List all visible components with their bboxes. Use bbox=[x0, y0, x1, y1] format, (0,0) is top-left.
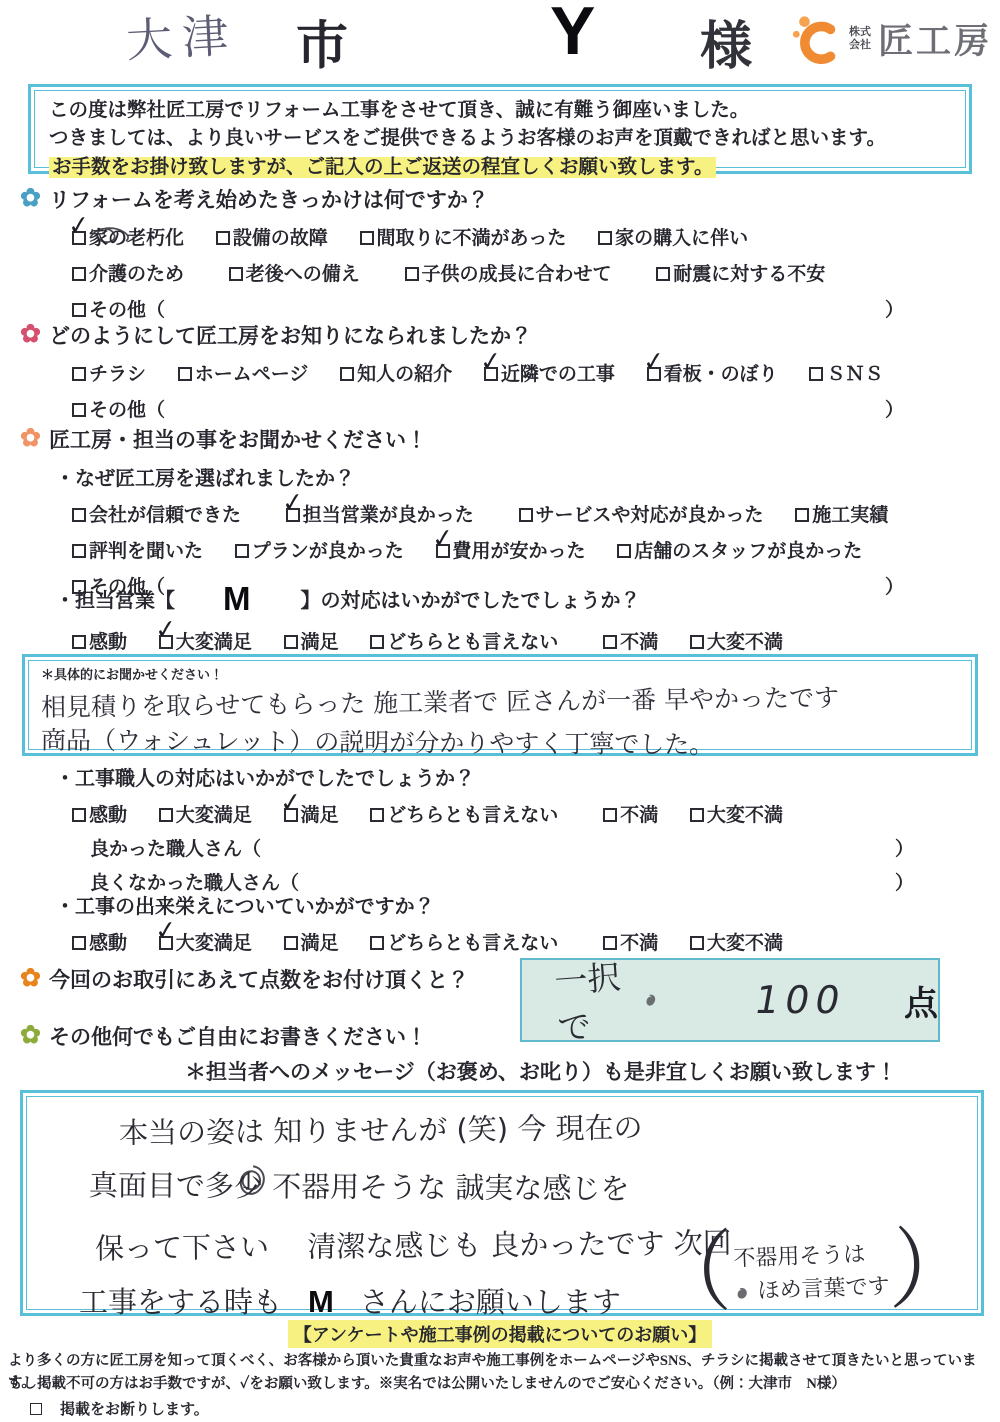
message-aside-note: （ 不器用そうは ほめ言葉です ） bbox=[652, 1233, 971, 1313]
question-title: ✿ リフォームを考え始めたきっかけは何ですか？ bbox=[0, 184, 1000, 214]
flower-icon: ✿ bbox=[20, 426, 41, 451]
checkbox[interactable] bbox=[360, 231, 374, 245]
survey-option[interactable]: ✓近隣での工事 bbox=[484, 359, 615, 386]
survey-option[interactable]: ✓家の購入に伴い bbox=[598, 223, 748, 250]
options-row: ✓感動 ✓大変満足 ✓満足 ✓どちらとも言えない ✓不満 ✓大変不満 bbox=[0, 627, 1000, 654]
checkbox[interactable] bbox=[30, 1403, 42, 1415]
survey-option[interactable]: ✓大変満足 bbox=[159, 627, 252, 654]
checkbox[interactable] bbox=[284, 808, 298, 822]
option-label: 担当営業が良かった bbox=[303, 505, 474, 526]
checkbox[interactable] bbox=[656, 267, 670, 281]
paren-close: ） bbox=[895, 834, 914, 861]
option-label: ホームページ bbox=[195, 364, 309, 385]
options-row: ✓評判を聞いた ✓プランが良かった ✓費用が安かった ✓店舗のスタッフが良かった bbox=[0, 536, 1000, 563]
option-label: 老後への備え bbox=[246, 264, 360, 285]
logo-prefix: 株式 会社 bbox=[849, 26, 871, 51]
option-label: 大変不満 bbox=[707, 933, 783, 954]
score-unit: 点 bbox=[904, 976, 938, 1025]
footer-line: もし掲載不可の方はお手数ですが、✓をお願い致します。※実名では公開いたしませんの… bbox=[0, 1373, 1000, 1395]
sub-question-title: ・担当営業【M】の対応はいかがでしたでしょうか？ bbox=[0, 580, 1000, 618]
option-label: 子供の成長に合わせて bbox=[422, 264, 612, 285]
checkbox[interactable] bbox=[690, 635, 704, 649]
option-label: 大変不満 bbox=[707, 632, 783, 653]
checkbox[interactable] bbox=[690, 936, 704, 950]
survey-option[interactable]: ✓大変満足 bbox=[159, 800, 252, 827]
survey-option[interactable]: ✓ 掲載をお断りします。 bbox=[30, 1398, 209, 1419]
checkbox[interactable] bbox=[617, 544, 631, 558]
survey-option[interactable]: ✓不満 bbox=[603, 800, 658, 827]
option-label: ＳＮＳ bbox=[826, 364, 883, 385]
option-label: 大変満足 bbox=[176, 632, 252, 653]
survey-option[interactable]: ✓設備の故障 bbox=[216, 223, 328, 250]
survey-option-other[interactable]: ✓その他（ bbox=[72, 395, 165, 422]
option-label: 満足 bbox=[301, 632, 339, 653]
option-label: 家の購入に伴い bbox=[615, 228, 748, 249]
option-label: どちらとも言えない bbox=[387, 805, 558, 826]
decline-publication-option[interactable]: ✓ 掲載をお断りします。 bbox=[0, 1398, 1000, 1419]
survey-option[interactable]: ✓老後への備え bbox=[229, 259, 360, 286]
option-label: チラシ bbox=[89, 364, 146, 385]
checkbox[interactable] bbox=[216, 231, 230, 245]
option-label: 評判を聞いた bbox=[89, 541, 203, 562]
handwritten-message-line: 真面目で多少 不器用そうな 誠実な感じを bbox=[37, 1163, 967, 1210]
survey-option-other[interactable]: ✓その他（ bbox=[72, 295, 165, 322]
survey-option[interactable]: ✓どちらとも言えない bbox=[370, 928, 558, 955]
checkbox[interactable] bbox=[809, 367, 823, 381]
checkbox[interactable] bbox=[405, 267, 419, 281]
handwritten-comment-line: 商品（ウォシュレット）の説明が分かりやすく丁寧でした。 bbox=[41, 723, 959, 763]
checkbox[interactable] bbox=[72, 231, 86, 245]
option-label: どちらとも言えない bbox=[387, 632, 558, 653]
checkbox[interactable] bbox=[370, 808, 384, 822]
checkbox[interactable] bbox=[340, 367, 354, 381]
checkbox[interactable] bbox=[72, 367, 86, 381]
option-label: 感動 bbox=[89, 805, 127, 826]
checkbox[interactable] bbox=[286, 508, 300, 522]
flower-icon: ✿ bbox=[20, 186, 41, 211]
checkbox[interactable] bbox=[72, 808, 86, 822]
survey-option[interactable]: ✓満足 bbox=[284, 928, 339, 955]
question-discover: ✿ どのようにして匠工房をお知りになられましたか？ ✓チラシ ✓ホームページ ✓… bbox=[0, 320, 1000, 422]
option-label: 間取りに不満があった bbox=[377, 228, 567, 249]
flower-icon: ✿ bbox=[20, 1023, 41, 1048]
header: 大津 市 Y 様 株式 会社 匠工房 bbox=[0, 0, 1000, 85]
survey-option[interactable]: ✓感動 bbox=[72, 627, 127, 654]
option-label: 費用が安かった bbox=[453, 541, 586, 562]
checkbox[interactable] bbox=[72, 936, 86, 950]
checkbox[interactable] bbox=[603, 635, 617, 649]
question-title: ✿ その他何でもご自由にお書きください！ bbox=[0, 1021, 1000, 1051]
checkbox[interactable] bbox=[370, 635, 384, 649]
checkbox[interactable] bbox=[795, 508, 809, 522]
survey-option[interactable]: ✓大変不満 bbox=[690, 928, 783, 955]
sub-question-title: ・工事職人の対応はいかがでしたでしょうか？ bbox=[0, 762, 1000, 791]
sub-question-finish: ・工事の出来栄えについていかがですか？ ✓感動 ✓大変満足 ✓満足 ✓どちらとも… bbox=[0, 890, 1000, 955]
checkbox[interactable] bbox=[72, 635, 86, 649]
survey-option[interactable]: ✓間取りに不満があった bbox=[360, 223, 567, 250]
options-row: ✓その他（ ） bbox=[0, 295, 1000, 322]
option-label: 感動 bbox=[89, 632, 127, 653]
checkbox[interactable] bbox=[72, 508, 86, 522]
option-label: 掲載をお断りします。 bbox=[60, 1402, 209, 1418]
options-row: ✓感動 ✓大変満足 ✓満足 ✓どちらとも言えない ✓不満 ✓大変不満 bbox=[0, 800, 1000, 827]
survey-option[interactable]: ✓子供の成長に合わせて bbox=[405, 259, 612, 286]
survey-option[interactable]: ✓担当営業が良かった bbox=[286, 500, 474, 527]
city-suffix: 市 bbox=[296, 4, 348, 79]
handwritten-comment-line: 相見積りを取らせてもらった 施工業者で 匠さんが一番 早やかったです bbox=[41, 683, 959, 723]
sub-question-sales-rep: ・担当営業【M】の対応はいかがでしたでしょうか？ ✓感動 ✓大変満足 ✓満足 ✓… bbox=[0, 580, 1000, 654]
options-row: ✓会社が信頼できた ✓担当営業が良かった ✓サービスや対応が良かった ✓施工実績 bbox=[0, 500, 1000, 527]
option-label: 不満 bbox=[620, 805, 658, 826]
options-row: ✓感動 ✓大変満足 ✓満足 ✓どちらとも言えない ✓不満 ✓大変不満 bbox=[0, 928, 1000, 955]
options-row: ✓チラシ ✓ホームページ ✓知人の紹介 ✓近隣での工事 ✓看板・のぼり ✓ＳＮＳ bbox=[0, 359, 1000, 386]
survey-option[interactable]: ✓感動 bbox=[72, 928, 127, 955]
checkbox[interactable] bbox=[229, 267, 243, 281]
free-message-box[interactable]: 本当の姿は 知りませんが (笑) 今 現在の 真面目で多少 不器用そうな 誠実な… bbox=[20, 1090, 984, 1316]
logo-company-name: 匠工房 bbox=[878, 14, 992, 64]
survey-option[interactable]: ✓大変不満 bbox=[690, 800, 783, 827]
survey-option[interactable]: ✓満足 bbox=[284, 627, 339, 654]
checkbox[interactable] bbox=[598, 231, 612, 245]
option-label: 設備の故障 bbox=[233, 228, 328, 249]
paren-open: （ bbox=[652, 1229, 732, 1317]
checkbox[interactable] bbox=[72, 544, 86, 558]
intro-line-3: お手数をお掛け致しますが、ご記入の上ご返送の程宜しくお願い致します。 bbox=[49, 154, 951, 182]
score-handwritten-value: 100 bbox=[752, 978, 850, 1022]
option-label: 知人の紹介 bbox=[357, 364, 452, 385]
aside-text: 不器用そうは ほめ言葉です bbox=[731, 1237, 892, 1309]
checkbox[interactable] bbox=[519, 508, 533, 522]
paren-close: ） bbox=[885, 395, 904, 422]
option-label: どちらとも言えない bbox=[387, 933, 558, 954]
option-label: 大変満足 bbox=[176, 933, 252, 954]
company-logo: 株式 会社 匠工房 bbox=[792, 12, 992, 66]
option-label: 大変満足 bbox=[176, 805, 252, 826]
checkbox[interactable] bbox=[484, 367, 498, 381]
option-label: その他（ bbox=[89, 400, 165, 421]
option-label: 感動 bbox=[89, 933, 127, 954]
survey-option[interactable]: ✓ＳＮＳ bbox=[809, 359, 883, 386]
survey-option[interactable]: ✓どちらとも言えない bbox=[370, 627, 558, 654]
logo-swirl-icon bbox=[792, 12, 842, 66]
footer-title: 【アンケートや施工事例の掲載についてのお願い】 bbox=[0, 1320, 1000, 1348]
option-label: 看板・のぼり bbox=[664, 364, 778, 385]
flower-icon: ✿ bbox=[20, 322, 41, 347]
question-title: ✿ 匠工房・担当の事をお聞かせください！ bbox=[0, 424, 1000, 454]
sub-question-why: ・なぜ匠工房を選ばれましたか？ ✓会社が信頼できた ✓担当営業が良かった ✓サー… bbox=[0, 462, 1000, 599]
handwritten-message-line: 本当の姿は 知りませんが (笑) 今 現在の bbox=[37, 1102, 967, 1153]
survey-option[interactable]: ✓どちらとも言えない bbox=[370, 800, 558, 827]
survey-option[interactable]: ✓サービスや対応が良かった bbox=[519, 500, 764, 527]
checkbox[interactable] bbox=[603, 808, 617, 822]
checkbox[interactable] bbox=[159, 936, 173, 950]
city-handwritten: 大津 bbox=[124, 0, 239, 71]
checkbox[interactable] bbox=[72, 403, 86, 417]
survey-option[interactable]: ✓大変不満 bbox=[690, 627, 783, 654]
option-label: 大変不満 bbox=[707, 805, 783, 826]
survey-option[interactable]: ✓ホームページ bbox=[178, 359, 309, 386]
intro-line-2: つきましては、より良いサービスをご提供できるようお客様のお声を頂戴できればと思い… bbox=[49, 125, 951, 153]
checkbox[interactable] bbox=[436, 544, 450, 558]
survey-option[interactable]: ✓大変満足 bbox=[159, 928, 252, 955]
option-label: 満足 bbox=[301, 933, 339, 954]
option-label: 耐震に対する不安 bbox=[673, 264, 825, 285]
survey-option[interactable]: ✓耐震に対する不安 bbox=[656, 259, 825, 286]
comment-box[interactable]: ＊具体的にお聞かせください！ 相見積りを取らせてもらった 施工業者で 匠さんが一… bbox=[22, 654, 978, 756]
ink-smudge-mark bbox=[644, 990, 659, 1010]
paren-close: ） bbox=[888, 1226, 973, 1320]
survey-option[interactable]: ✓会社が信頼できた bbox=[72, 500, 241, 527]
ink-smudge-mark bbox=[734, 1285, 751, 1302]
flower-icon: ✿ bbox=[20, 966, 41, 991]
intro-line-1: この度は弊社匠工房でリフォーム工事をさせて頂き、誠に有難う御座いました。 bbox=[49, 97, 951, 125]
checkbox[interactable] bbox=[72, 267, 86, 281]
survey-option[interactable]: ✓店舗のスタッフが良かった bbox=[617, 536, 862, 563]
question-trigger: ✿ リフォームを考え始めたきっかけは何ですか？ ✓ 家の老朽化 ✓設備の故障 ✓… bbox=[0, 184, 1000, 322]
survey-option[interactable]: ✓看板・のぼり bbox=[647, 359, 778, 386]
survey-option[interactable]: ✓施工実績 bbox=[795, 500, 888, 527]
checkbox[interactable] bbox=[647, 367, 661, 381]
options-row: ✓その他（ ） bbox=[0, 395, 1000, 422]
options-row: ✓ 家の老朽化 ✓設備の故障 ✓間取りに不満があった ✓家の購入に伴い bbox=[0, 223, 1000, 250]
option-label: その他（ bbox=[89, 300, 165, 321]
survey-option[interactable]: ✓満足 bbox=[284, 800, 339, 827]
checkbox[interactable] bbox=[370, 936, 384, 950]
option-label: 施工実績 bbox=[812, 505, 888, 526]
survey-form-scan: 大津 市 Y 様 株式 会社 匠工房 この度は弊社匠工房でリフォーム工事をさせて… bbox=[0, 0, 1000, 1422]
options-row: ✓介護のため ✓老後への備え ✓子供の成長に合わせて ✓耐震に対する不安 bbox=[0, 259, 1000, 286]
survey-option[interactable]: ✓費用が安かった bbox=[436, 536, 586, 563]
checkbox[interactable] bbox=[159, 635, 173, 649]
sub-question-title: ・工事の出来栄えについていかがですか？ bbox=[0, 890, 1000, 919]
question-score: ✿ 今回のお取引にあえて点数をお付け頂くと？ 一択で 100 点 bbox=[0, 964, 1000, 994]
sales-rep-initial: M bbox=[223, 580, 251, 617]
checkbox[interactable] bbox=[603, 936, 617, 950]
question-title: ✿ どのようにして匠工房をお知りになられましたか？ bbox=[0, 320, 1000, 350]
option-label: プランが良かった bbox=[252, 541, 404, 562]
good-craftsman-field[interactable]: 良かった職人さん（ ） bbox=[0, 834, 1000, 861]
option-label: 近隣での工事 bbox=[501, 364, 615, 385]
option-label: 満足 bbox=[301, 805, 339, 826]
checkbox[interactable] bbox=[284, 936, 298, 950]
option-label: 家の老朽化 bbox=[89, 228, 184, 249]
survey-option[interactable]: ✓チラシ bbox=[72, 359, 146, 386]
question-company: ✿ 匠工房・担当の事をお聞かせください！ bbox=[0, 424, 1000, 454]
message-request-note: ＊担当者へのメッセージ（お褒め、お叱り）も是非宜しくお願い致します！ bbox=[0, 1056, 1000, 1086]
field-label: 良かった職人さん（ bbox=[90, 839, 261, 860]
honorific: 様 bbox=[700, 4, 752, 79]
question-free: ✿ その他何でもご自由にお書きください！ bbox=[0, 1021, 1000, 1051]
sub-question-craftsman: ・工事職人の対応はいかがでしたでしょうか？ ✓感動 ✓大変満足 ✓満足 ✓どちら… bbox=[0, 762, 1000, 895]
sub-question-title: ・なぜ匠工房を選ばれましたか？ bbox=[0, 462, 1000, 491]
survey-option[interactable]: ✓感動 bbox=[72, 800, 127, 827]
survey-option[interactable]: ✓プランが良かった bbox=[235, 536, 404, 563]
option-label: 不満 bbox=[620, 632, 658, 653]
checkbox[interactable] bbox=[178, 367, 192, 381]
checkbox[interactable] bbox=[72, 303, 86, 317]
checkbox[interactable] bbox=[159, 808, 173, 822]
survey-option[interactable]: ✓介護のため bbox=[72, 259, 184, 286]
paren-close: ） bbox=[885, 295, 904, 322]
option-label: 会社が信頼できた bbox=[89, 505, 241, 526]
intro-box: この度は弊社匠工房でリフォーム工事をさせて頂き、誠に有難う御座いました。 つきま… bbox=[28, 84, 972, 174]
option-label: 店舗のスタッフが良かった bbox=[634, 541, 862, 562]
customer-initial: Y bbox=[550, 0, 595, 70]
survey-option[interactable]: ✓評判を聞いた bbox=[72, 536, 203, 563]
option-label: サービスや対応が良かった bbox=[536, 505, 764, 526]
survey-option[interactable]: ✓ 家の老朽化 bbox=[72, 223, 184, 250]
option-label: 介護のため bbox=[89, 264, 184, 285]
sales-rep-initial: M bbox=[308, 1284, 334, 1319]
survey-option[interactable]: ✓知人の紹介 bbox=[340, 359, 452, 386]
checkbox[interactable] bbox=[690, 808, 704, 822]
checkbox[interactable] bbox=[284, 635, 298, 649]
checkbox[interactable] bbox=[235, 544, 249, 558]
survey-option[interactable]: ✓不満 bbox=[603, 627, 658, 654]
